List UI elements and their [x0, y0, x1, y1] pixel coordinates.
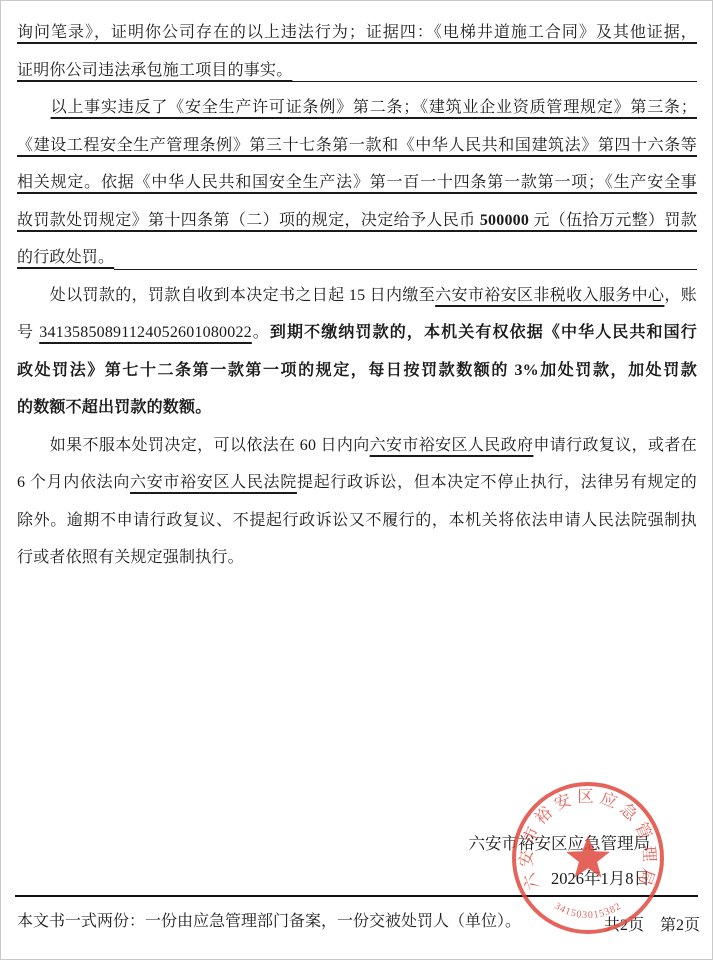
text-line: 《建设工程安全生产管理条例》第三十七条第一款和《中华人民共和国建筑法》第四十六条…	[17, 127, 697, 165]
text-segment: 号	[17, 324, 39, 341]
text-segment: 证明你公司违法承包施工项目的事实。	[17, 52, 292, 90]
text-line: 故罚款处罚规定》第十四条第（二）项的规定，决定给予人民币 500000 元（伍拾…	[17, 202, 697, 240]
text-segment: 500000	[480, 212, 529, 229]
text-line: 除外。逾期不申请行政复议、不提起行政诉讼又不履行的，本机关将依法申请人民法院强制…	[17, 502, 697, 540]
text-line: 的行政处罚。	[17, 239, 697, 277]
text-line: 相关规定。依据《中华人民共和国安全生产法》第一百一十四条第一款第一项；《生产安全…	[17, 164, 697, 202]
document-page: 询问笔录》，证明你公司存在的以上违法行为；证据四：《电梯井道施工合同》及其他证据…	[0, 0, 713, 960]
text-segment: 的数额不超出罚款的数额。	[17, 399, 211, 416]
text-segment: 询问笔录》，证明你公司存在的以上违法行为；证据四：《电梯井道施工合同》及其他证据…	[17, 24, 697, 41]
signature-block: 六安市裕安区应急管理局 2026年1月8日	[469, 826, 651, 896]
text-segment: 相关规定。依据《中华人民共和国安全生产法》第一百一十四条第一款第一项；《生产安全…	[17, 174, 697, 191]
text-segment: 行或者依照有关规定强制执行。	[17, 549, 244, 566]
text-segment: 六安市裕安区人民政府	[370, 437, 534, 454]
text-line: 6 个月内依法向六安市裕安区人民法院提起行政诉讼，但本决定不停止执行，法律另有规…	[17, 464, 697, 502]
text-segment: 申请行政复议，或者在	[533, 437, 697, 454]
text-line: 处以罚款的，罚款自收到本决定书之日起 15 日内缴至六安市裕安区非税收入服务中心…	[17, 277, 697, 315]
text-segment: ，账	[664, 287, 697, 304]
text-segment: 34135850891124052601080022	[39, 324, 252, 341]
footer-divider	[15, 895, 698, 897]
signature-org: 六安市裕安区应急管理局	[469, 826, 651, 861]
text-segment: 六安市裕安区人民法院	[130, 474, 297, 491]
text-segment: 以上事实违反了《安全生产许可证条例》第二条；《建筑业企业资质管理规定》第三条；	[51, 99, 697, 116]
text-segment: 除外。逾期不申请行政复议、不提起行政诉讼又不履行的，本机关将依法申请人民法院强制…	[17, 512, 697, 529]
footer-note: 本文书一式两份：一份由应急管理部门备案，一份交被处罚人（单位）。	[17, 903, 521, 940]
text-segment: 六安市裕安区非税收入服务中心	[435, 287, 664, 304]
text-line: 行或者依照有关规定强制执行。	[17, 539, 697, 577]
page-indicator: 共2页 第2页	[604, 907, 700, 944]
text-line: 的数额不超出罚款的数额。	[17, 389, 697, 427]
text-segment: 政处罚法》第七十二条第一款第一项的规定，每日按罚款数额的 3%加处罚款，加处罚款	[17, 362, 697, 379]
text-line: 政处罚法》第七十二条第一款第一项的规定，每日按罚款数额的 3%加处罚款，加处罚款	[17, 352, 697, 390]
text-segment: 6 个月内依法向	[17, 474, 130, 491]
text-line: 号 34135850891124052601080022。到期不缴纳罚款的，本机…	[17, 314, 697, 352]
text-line: 如果不服本处罚决定，可以依法在 60 日内向六安市裕安区人民政府申请行政复议，或…	[17, 427, 697, 465]
text-segment: 的行政处罚。	[17, 239, 114, 277]
text-line: 以上事实违反了《安全生产许可证条例》第二条；《建筑业企业资质管理规定》第三条；	[17, 89, 697, 127]
text-segment	[17, 99, 51, 116]
text-segment: 《建设工程安全生产管理条例》第三十七条第一款和《中华人民共和国建筑法》第四十六条…	[17, 137, 697, 154]
signature-date: 2026年1月8日	[469, 861, 651, 896]
text-segment: 提起行政诉讼，但本决定不停止执行，法律另有规定的	[297, 474, 697, 491]
text-segment: 处以罚款的，罚款自收到本决定书之日起 15 日内缴至	[17, 287, 435, 304]
text-segment: 到期不缴纳罚款的，本机关有权依据《中华人民共和国行	[270, 324, 697, 341]
underline-filler	[292, 52, 697, 83]
text-segment: 故罚款处罚规定》第十四条第（二）项的规定，决定给予人民币	[17, 212, 480, 229]
text-segment: 元（伍拾万元整）罚款	[529, 212, 697, 229]
text-segment: 。	[252, 324, 270, 341]
text-line: 证明你公司违法承包施工项目的事实。	[17, 52, 697, 90]
document-body: 询问笔录》，证明你公司存在的以上违法行为；证据四：《电梯井道施工合同》及其他证据…	[17, 14, 697, 577]
text-line: 询问笔录》，证明你公司存在的以上违法行为；证据四：《电梯井道施工合同》及其他证据…	[17, 14, 697, 52]
underline-filler	[114, 239, 697, 270]
text-segment: 如果不服本处罚决定，可以依法在 60 日内向	[17, 437, 370, 454]
